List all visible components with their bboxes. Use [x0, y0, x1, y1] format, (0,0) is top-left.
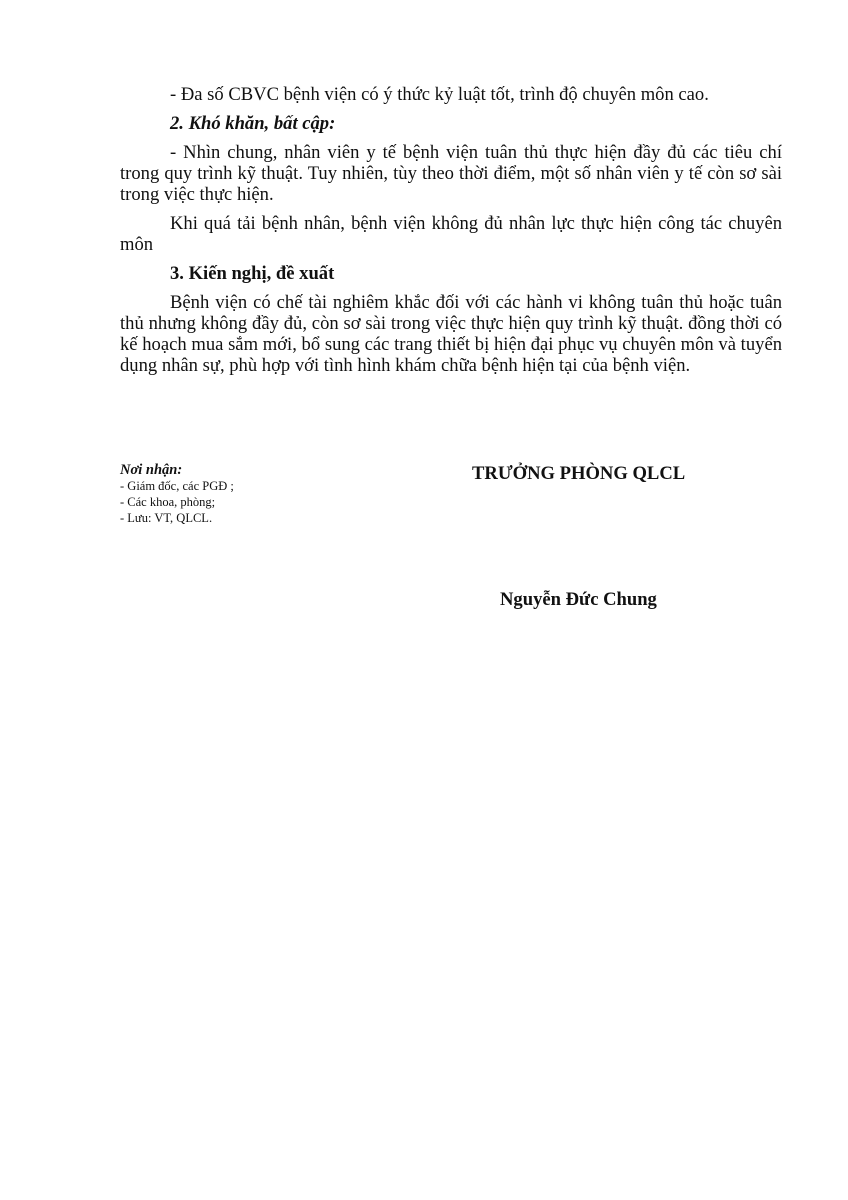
recipient-item: - Các khoa, phòng;	[120, 494, 234, 510]
paragraph-staff-discipline: - Đa số CBVC bệnh viện có ý thức kỷ luật…	[120, 84, 782, 105]
signature-title: TRƯỞNG PHÒNG QLCL	[472, 463, 685, 485]
heading-recommendations: 3. Kiến nghị, đề xuất	[120, 263, 782, 284]
recipients-title: Nơi nhận:	[120, 462, 234, 478]
recipients-block: Nơi nhận: - Giám đốc, các PGĐ ; - Các kh…	[120, 462, 234, 526]
document-body: - Đa số CBVC bệnh viện có ý thức kỷ luật…	[120, 84, 782, 384]
heading-difficulties: 2. Khó khăn, bất cập:	[120, 113, 782, 134]
paragraph-compliance: - Nhìn chung, nhân viên y tế bệnh viện t…	[120, 142, 782, 205]
paragraph-overload: Khi quá tải bệnh nhân, bệnh viện không đ…	[120, 213, 782, 255]
paragraph-recommendation-detail: Bệnh viện có chế tài nghiêm khắc đối với…	[120, 292, 782, 376]
signature-name: Nguyễn Đức Chung	[500, 589, 657, 611]
document-page: - Đa số CBVC bệnh viện có ý thức kỷ luật…	[0, 0, 848, 1200]
recipient-item: - Lưu: VT, QLCL.	[120, 510, 234, 526]
recipient-item: - Giám đốc, các PGĐ ;	[120, 478, 234, 494]
